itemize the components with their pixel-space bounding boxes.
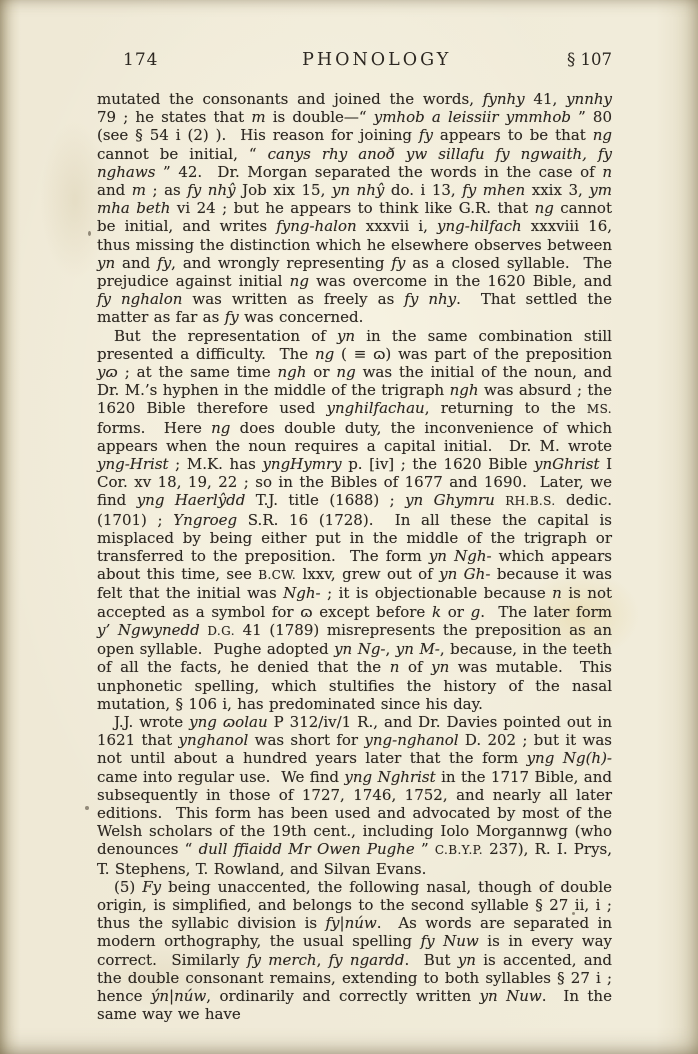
text-run: 79 ; he states that xyxy=(97,108,251,126)
welsh-term: fy xyxy=(157,254,171,272)
welsh-term: yn Ghymru xyxy=(405,491,495,509)
text-run: xxxvii i, xyxy=(357,217,437,235)
welsh-term: ngh xyxy=(277,363,306,381)
welsh-term: yn xyxy=(97,254,115,272)
ink-speck xyxy=(85,806,89,810)
text-run: is double—“ xyxy=(266,108,374,126)
small-caps-abbrev: d.g. xyxy=(207,624,235,638)
text-run: (5) xyxy=(114,878,142,896)
welsh-term: m xyxy=(132,181,146,199)
welsh-term: yng-hilfach xyxy=(437,217,522,235)
text-run: , xyxy=(386,640,396,658)
welsh-term: g xyxy=(471,603,481,621)
welsh-term: n xyxy=(390,658,400,676)
welsh-term: yn xyxy=(458,951,476,969)
text-run: came into regular use. We find xyxy=(97,768,344,786)
welsh-term: yng-Hrist xyxy=(97,455,169,473)
small-caps-abbrev: ms. xyxy=(587,402,612,416)
welsh-term: dull ffiaidd Mr Owen Pughe xyxy=(199,840,415,858)
welsh-term: yn Ng- xyxy=(334,640,385,658)
welsh-term: yn Ngh- xyxy=(429,547,492,565)
text-run: or xyxy=(306,363,336,381)
welsh-term: yn Gh- xyxy=(439,565,490,583)
welsh-term: k xyxy=(432,603,441,621)
text-run: J.J. wrote xyxy=(114,713,189,731)
welsh-term: ynghanol xyxy=(178,731,248,749)
ink-speck xyxy=(88,231,91,236)
welsh-term: Ngh- xyxy=(283,584,320,602)
text-run: appears to be that xyxy=(433,126,593,144)
running-title: PHONOLOGY xyxy=(302,50,451,70)
text-run: xxix 3, xyxy=(525,181,589,199)
welsh-term: yng Haerlŷdd xyxy=(137,491,246,509)
welsh-term: fy|núw xyxy=(326,914,377,932)
welsh-term: ng xyxy=(290,272,309,290)
welsh-term: yng Ng(h)- xyxy=(527,749,612,767)
welsh-term: fy merch xyxy=(247,951,317,969)
welsh-term: fy Nuw xyxy=(421,932,479,950)
text-run: . But xyxy=(405,951,458,969)
welsh-term: n xyxy=(602,163,612,181)
welsh-term: fyng-halon xyxy=(276,217,356,235)
scanned-book-page: 174 PHONOLOGY § 107 mutated the consonan… xyxy=(0,0,698,1054)
welsh-term: fy xyxy=(225,308,239,326)
welsh-term: ynghilfachau xyxy=(327,399,425,417)
text-run: mutated the consonants and joined the wo… xyxy=(97,90,483,108)
welsh-term: yn nhŷ xyxy=(332,181,384,199)
welsh-term: ngh xyxy=(450,381,479,399)
welsh-term: yn Nuw xyxy=(480,987,542,1005)
welsh-term: yn xyxy=(337,327,355,345)
text-run: ” xyxy=(415,840,435,858)
text-run: or xyxy=(441,603,471,621)
text-block: mutated the consonants and joined the wo… xyxy=(97,90,612,1023)
welsh-term: fy mhen xyxy=(462,181,525,199)
paragraph: J.J. wrote yng ɷolau P 312/iv/1 R., and … xyxy=(97,713,612,878)
welsh-term: ng xyxy=(315,345,334,363)
welsh-term: fy nghalon xyxy=(97,290,182,308)
text-run: 41, xyxy=(525,90,566,108)
welsh-term: n xyxy=(552,584,562,602)
welsh-term: m xyxy=(251,108,265,126)
welsh-term: yng ɷolau xyxy=(189,713,267,731)
text-run: was overcome in the 1620 Bible, and xyxy=(309,272,612,290)
welsh-term: yng Nghrist xyxy=(344,768,435,786)
welsh-term: ng xyxy=(211,419,230,437)
welsh-term: ýn|núw xyxy=(151,987,206,1005)
page-number: 174 xyxy=(123,50,158,70)
text-run: . The later form xyxy=(480,603,612,621)
small-caps-abbrev: b.cw. xyxy=(258,568,296,582)
text-run: cannot be initial, “ xyxy=(97,145,268,163)
welsh-term: fy nhy xyxy=(404,290,456,308)
welsh-term: ng xyxy=(535,199,554,217)
welsh-term: yngHymry xyxy=(262,455,341,473)
welsh-term: y’ Ngwynedd xyxy=(97,621,200,639)
text-run: and xyxy=(115,254,157,272)
text-run: forms. Here xyxy=(97,419,211,437)
welsh-term: yng-nghanol xyxy=(364,731,458,749)
welsh-term: fy ngardd xyxy=(329,951,405,969)
section-mark: § 107 xyxy=(567,50,612,69)
text-run: Job xix 15, xyxy=(236,181,332,199)
text-run: lxxv, grew out of xyxy=(296,565,439,583)
paragraph: mutated the consonants and joined the wo… xyxy=(97,90,612,327)
paragraph: (5) Fy being unaccented, the following n… xyxy=(97,878,612,1024)
text-run: and xyxy=(97,181,132,199)
text-run: was concerned. xyxy=(239,308,364,326)
text-run: , returning to the xyxy=(425,399,587,417)
text-run: ” 42. Dr. Morgan separated the words in … xyxy=(155,163,602,181)
small-caps-abbrev: c.b.y.p. xyxy=(435,843,483,857)
text-run: ; M.K. has xyxy=(169,455,263,473)
welsh-term: yn xyxy=(431,658,449,676)
welsh-term: ynGhrist xyxy=(534,455,599,473)
welsh-term: ng xyxy=(336,363,355,381)
welsh-term: fy xyxy=(419,126,433,144)
text-run: , xyxy=(317,951,329,969)
text-run: ; it is objectionable because xyxy=(321,584,553,602)
welsh-term: ymhob a leissiir ymmhob xyxy=(374,108,571,126)
welsh-term: fynhy xyxy=(483,90,525,108)
running-head: 174 PHONOLOGY § 107 xyxy=(97,50,612,70)
text-run: , and wrongly representing xyxy=(171,254,391,272)
text-run: , ordinarily and correctly written xyxy=(206,987,479,1005)
welsh-term: Yngroeg xyxy=(173,511,237,529)
text-run: do. i 13, xyxy=(384,181,462,199)
welsh-term: ng xyxy=(593,126,612,144)
paragraph: But the representation of yn in the same… xyxy=(97,327,612,713)
text-run: p. [iv] ; the 1620 Bible xyxy=(342,455,534,473)
text-run: of xyxy=(399,658,431,676)
text-run: was short for xyxy=(248,731,364,749)
welsh-term: Fy xyxy=(142,878,161,896)
text-run: ; as xyxy=(146,181,187,199)
page-content: 174 PHONOLOGY § 107 mutated the consonan… xyxy=(97,50,612,1023)
text-run: ( ≡ ɷ) was part of the preposition xyxy=(334,345,612,363)
text-run: But the representation of xyxy=(114,327,337,345)
welsh-term: yn M- xyxy=(396,640,440,658)
small-caps-abbrev: rh.b.s. xyxy=(505,494,555,508)
text-run: T.J. title (1688) ; xyxy=(245,491,405,509)
welsh-term: fy nhŷ xyxy=(187,181,235,199)
text-run: ; at the same time xyxy=(118,363,278,381)
text-run: was written as freely as xyxy=(182,290,404,308)
welsh-term: fy xyxy=(391,254,405,272)
text-run xyxy=(495,491,505,509)
text-run: vi 24 ; but he appears to think like G.R… xyxy=(170,199,534,217)
welsh-term: ynnhy xyxy=(566,90,612,108)
welsh-term: yɷ xyxy=(97,363,118,381)
